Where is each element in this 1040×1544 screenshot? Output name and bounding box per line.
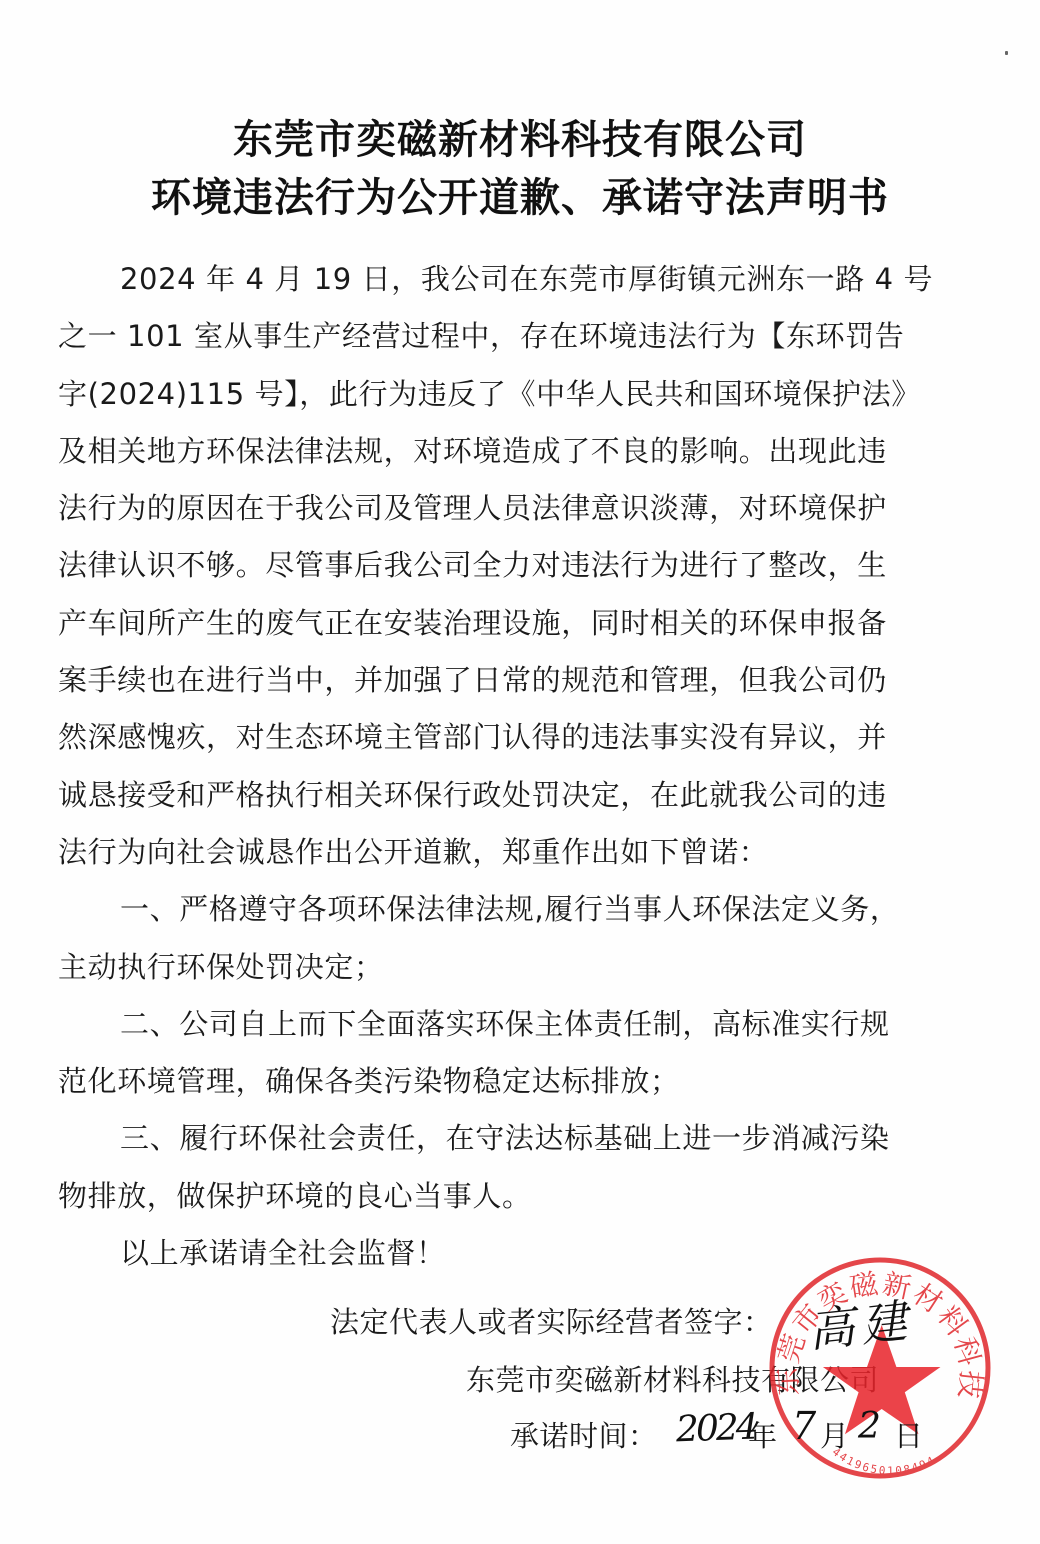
body-line: 诚恳接受和严格执行相关环保行政处罚决定，在此就我公司的违 (58, 772, 983, 829)
date-label: 承诺时间： (510, 1414, 658, 1455)
year-unit: 年 (748, 1414, 777, 1455)
body-line: 及相关地方环保法律法规，对环境造成了不良的影响。出现此违 (58, 428, 983, 485)
body-line: 法行为的原因在于我公司及管理人员法律意识淡薄，对环境保护 (58, 485, 983, 542)
body-line: 产车间所产生的废气正在安装治理设施，同时相关的环保申报备 (58, 600, 983, 657)
body-line: 物排放，做保护环境的良心当事人。 (58, 1173, 983, 1230)
handwritten-year: 2024 (675, 1407, 756, 1451)
body-line: 2024 年 4 月 19 日，我公司在东莞市厚街镇元洲东一路 4 号 (58, 256, 983, 313)
signature-label: 法定代表人或者实际经营者签字： (330, 1300, 773, 1341)
document-title: 环境违法行为公开道歉、承诺守法声明书 (0, 166, 1040, 223)
body-line: 法律认识不够。尽管事后我公司全力对违法行为进行了整改，生 (58, 542, 983, 599)
body-line: 主动执行环保处罚决定； (58, 944, 983, 1001)
commitment-item-1: 一、严格遵守各项环保法律法规,履行当事人环保法定义务， (58, 886, 983, 943)
body-line: 范化环境管理，确保各类污染物稳定达标排放； (58, 1058, 983, 1115)
commitment-item-3: 三、履行环保社会责任，在守法达标基础上进一步消减污染 (58, 1115, 983, 1172)
body-line: 法行为向社会诚恳作出公开道歉，郑重作出如下曾诺： (58, 829, 983, 886)
day-unit: 日 (894, 1414, 923, 1455)
body-line: 然深感愧疚，对生态环境主管部门认得的违法事实没有异议，并 (58, 714, 983, 771)
statement-body: 2024 年 4 月 19 日，我公司在东莞市厚街镇元洲东一路 4 号 之一 1… (58, 256, 983, 1287)
handwritten-month: 7 (792, 1404, 816, 1448)
scan-speck (1005, 51, 1008, 55)
body-line: 案手续也在进行当中，并加强了日常的规范和管理，但我公司仍 (58, 657, 983, 714)
body-line: 字(2024)115 号】，此行为违反了《中华人民共和国环境保护法》 (58, 371, 983, 428)
signature-company: 东莞市奕磁新材料科技有限公司 (466, 1358, 879, 1399)
commitment-item-2: 二、公司自上而下全面落实环保主体责任制，高标准实行规 (58, 1001, 983, 1058)
month-unit: 月 (820, 1414, 849, 1455)
document-page: 东莞市奕磁新材料科技有限公司 环境违法行为公开道歉、承诺守法声明书 2024 年… (0, 0, 1040, 1544)
body-line: 之一 101 室从事生产经营过程中，存在环境违法行为【东环罚告 (58, 313, 983, 370)
handwritten-day: 2 (858, 1406, 881, 1447)
handwritten-signature: 高 建 (805, 1285, 906, 1361)
closing-line: 以上承诺请全社会监督！ (58, 1230, 983, 1287)
company-title: 东莞市奕磁新材料科技有限公司 (0, 108, 1040, 165)
